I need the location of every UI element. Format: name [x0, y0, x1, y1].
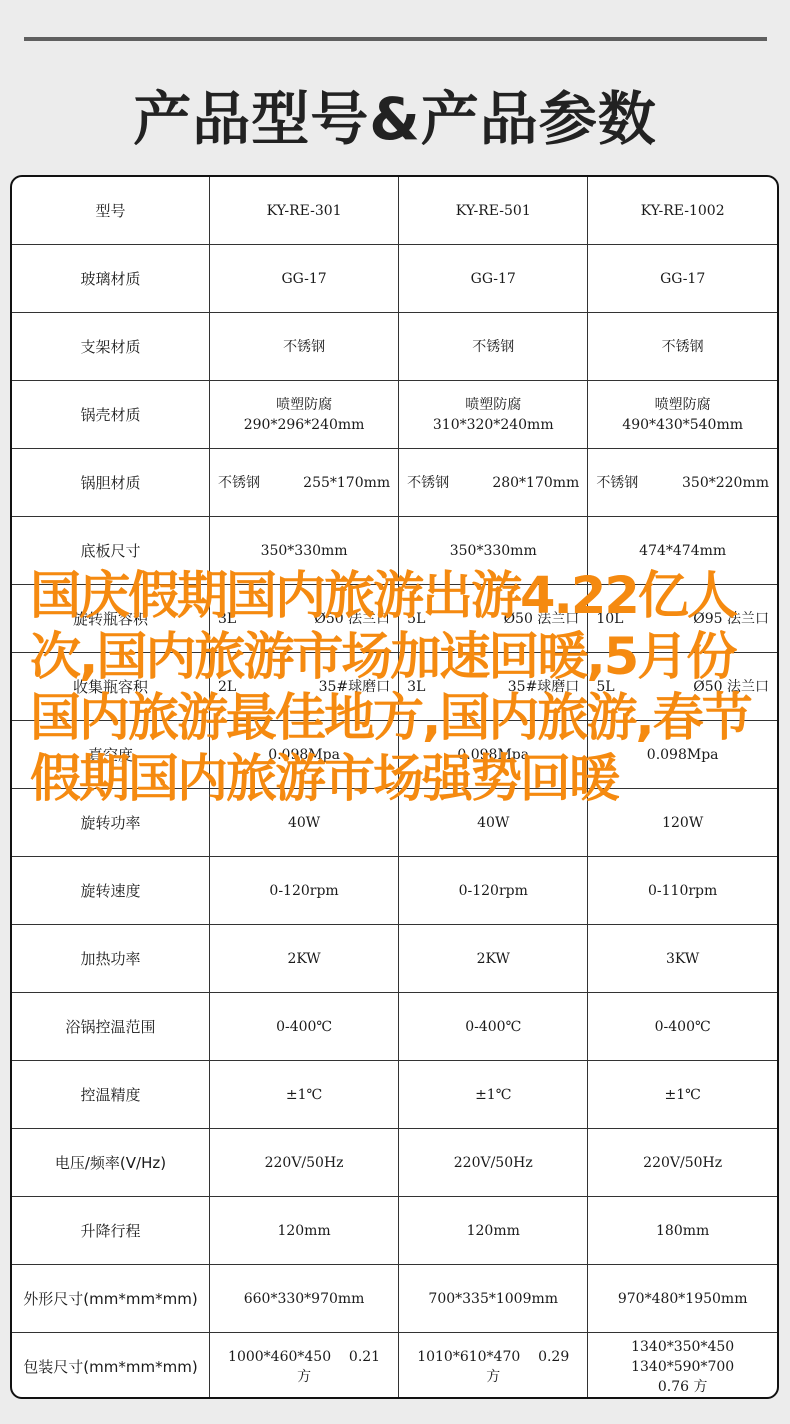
cell-line: 1010*610*470 0.29: [403, 1347, 583, 1367]
table-cell: 1010*610*470 0.29方: [399, 1333, 588, 1400]
table-cell: GG-17: [399, 245, 588, 313]
cell-part-left: 不锈钢: [596, 473, 638, 493]
table-cell: 0.098Mpa: [588, 721, 777, 789]
table-cell: 不锈钢: [588, 313, 777, 381]
cell-line: 1340*350*450: [592, 1337, 773, 1357]
table-row: 支架材质不锈钢不锈钢不锈钢: [12, 313, 777, 381]
row-label: 浴锅控温范围: [12, 993, 210, 1061]
table-row: 真空度0.098Mpa0.098Mpa0.098Mpa: [12, 721, 777, 789]
table-cell: 120mm: [210, 1197, 399, 1265]
table-row: 电压/频率(V/Hz)220V/50Hz220V/50Hz220V/50Hz: [12, 1129, 777, 1197]
page-title: 产品型号&产品参数: [0, 72, 790, 156]
table-row: 底板尺寸350*330mm350*330mm474*474mm: [12, 517, 777, 585]
table-cell: 660*330*970mm: [210, 1265, 399, 1333]
table-cell: 喷塑防腐490*430*540mm: [588, 381, 777, 449]
table-row: 旋转瓶容积3LØ50 法兰口5LØ50 法兰口10LØ95 法兰口: [12, 585, 777, 653]
cell-line: 490*430*540mm: [592, 415, 773, 435]
table-cell: ±1℃: [210, 1061, 399, 1129]
table-cell: 3LØ50 法兰口: [210, 585, 399, 653]
table-cell: 5LØ50 法兰口: [588, 653, 777, 721]
table-row: 旋转速度0-120rpm0-120rpm0-110rpm: [12, 857, 777, 925]
table-row: 收集瓶容积2L35#球磨口3L35#球磨口5LØ50 法兰口: [12, 653, 777, 721]
row-label: 包装尺寸(mm*mm*mm): [12, 1333, 210, 1400]
table-cell: GG-17: [210, 245, 399, 313]
cell-part-right: Ø95 法兰口: [693, 609, 769, 629]
split-cell: 3L35#球磨口: [403, 677, 583, 697]
cell-part-right: 255*170mm: [303, 473, 390, 493]
cell-part-left: 5L: [407, 609, 425, 629]
table-row: 旋转功率40W40W120W: [12, 789, 777, 857]
cell-part-right: 35#球磨口: [319, 677, 391, 697]
table-cell: KY-RE-501: [399, 177, 588, 245]
row-label: 锅胆材质: [12, 449, 210, 517]
split-cell: 5LØ50 法兰口: [592, 677, 773, 697]
table-cell: 0-120rpm: [210, 857, 399, 925]
row-label: 收集瓶容积: [12, 653, 210, 721]
table-cell: KY-RE-1002: [588, 177, 777, 245]
table-cell: 喷塑防腐310*320*240mm: [399, 381, 588, 449]
table-cell: 40W: [399, 789, 588, 857]
cell-part-left: 10L: [596, 609, 623, 629]
cell-part-left: 不锈钢: [218, 473, 260, 493]
spec-table-container: 型号KY-RE-301KY-RE-501KY-RE-1002玻璃材质GG-17G…: [10, 175, 779, 1399]
table-cell: 350*330mm: [399, 517, 588, 585]
cell-line: 310*320*240mm: [403, 415, 583, 435]
row-label: 旋转功率: [12, 789, 210, 857]
table-cell: GG-17: [588, 245, 777, 313]
table-row: 锅壳材质喷塑防腐290*296*240mm喷塑防腐310*320*240mm喷塑…: [12, 381, 777, 449]
table-cell: 0-110rpm: [588, 857, 777, 925]
table-cell: ±1℃: [399, 1061, 588, 1129]
cell-line: 喷塑防腐: [403, 395, 583, 415]
table-cell: 1000*460*450 0.21方: [210, 1333, 399, 1400]
cell-part-left: 3L: [218, 609, 236, 629]
table-cell: 3KW: [588, 925, 777, 993]
cell-line: 喷塑防腐: [592, 395, 773, 415]
row-label: 旋转瓶容积: [12, 585, 210, 653]
table-cell: 350*330mm: [210, 517, 399, 585]
split-cell: 3LØ50 法兰口: [214, 609, 394, 629]
cell-line: 1000*460*450 0.21: [214, 1347, 394, 1367]
table-cell: 喷塑防腐290*296*240mm: [210, 381, 399, 449]
table-cell: 3L35#球磨口: [399, 653, 588, 721]
split-cell: 不锈钢255*170mm: [214, 473, 394, 493]
row-label: 控温精度: [12, 1061, 210, 1129]
table-cell: 474*474mm: [588, 517, 777, 585]
table-cell: 不锈钢: [399, 313, 588, 381]
split-cell: 不锈钢280*170mm: [403, 473, 583, 493]
table-row: 加热功率2KW2KW3KW: [12, 925, 777, 993]
table-row: 型号KY-RE-301KY-RE-501KY-RE-1002: [12, 177, 777, 245]
table-cell: 0-120rpm: [399, 857, 588, 925]
cell-part-right: 280*170mm: [492, 473, 579, 493]
table-cell: 220V/50Hz: [210, 1129, 399, 1197]
cell-part-right: Ø50 法兰口: [314, 609, 390, 629]
table-cell: 不锈钢255*170mm: [210, 449, 399, 517]
cell-part-left: 不锈钢: [407, 473, 449, 493]
table-row: 外形尺寸(mm*mm*mm)660*330*970mm700*335*1009m…: [12, 1265, 777, 1333]
cell-part-right: 350*220mm: [682, 473, 769, 493]
table-row: 浴锅控温范围0-400℃0-400℃0-400℃: [12, 993, 777, 1061]
table-cell: 0-400℃: [210, 993, 399, 1061]
table-cell: 220V/50Hz: [399, 1129, 588, 1197]
table-row: 升降行程120mm120mm180mm: [12, 1197, 777, 1265]
table-row: 包装尺寸(mm*mm*mm)1000*460*450 0.21方1010*610…: [12, 1333, 777, 1400]
table-cell: ±1℃: [588, 1061, 777, 1129]
cell-part-left: 5L: [596, 677, 614, 697]
row-label: 锅壳材质: [12, 381, 210, 449]
row-label: 玻璃材质: [12, 245, 210, 313]
split-cell: 不锈钢350*220mm: [592, 473, 773, 493]
row-label: 电压/频率(V/Hz): [12, 1129, 210, 1197]
table-cell: 不锈钢350*220mm: [588, 449, 777, 517]
table-cell: 不锈钢280*170mm: [399, 449, 588, 517]
table-cell: 120mm: [399, 1197, 588, 1265]
cell-line: 方: [214, 1367, 394, 1387]
row-label: 升降行程: [12, 1197, 210, 1265]
top-divider: [24, 37, 767, 41]
row-label: 加热功率: [12, 925, 210, 993]
cell-part-right: Ø50 法兰口: [504, 609, 580, 629]
cell-part-left: 2L: [218, 677, 236, 697]
table-cell: 5LØ50 法兰口: [399, 585, 588, 653]
table-cell: 0-400℃: [399, 993, 588, 1061]
row-label: 真空度: [12, 721, 210, 789]
table-cell: 220V/50Hz: [588, 1129, 777, 1197]
table-cell: 10LØ95 法兰口: [588, 585, 777, 653]
table-row: 锅胆材质不锈钢255*170mm不锈钢280*170mm不锈钢350*220mm: [12, 449, 777, 517]
row-label: 支架材质: [12, 313, 210, 381]
table-cell: KY-RE-301: [210, 177, 399, 245]
split-cell: 10LØ95 法兰口: [592, 609, 773, 629]
table-cell: 970*480*1950mm: [588, 1265, 777, 1333]
table-row: 控温精度±1℃±1℃±1℃: [12, 1061, 777, 1129]
cell-part-right: 35#球磨口: [508, 677, 580, 697]
cell-line: 1340*590*700: [592, 1357, 773, 1377]
table-cell: 40W: [210, 789, 399, 857]
split-cell: 2L35#球磨口: [214, 677, 394, 697]
table-cell: 0.098Mpa: [399, 721, 588, 789]
spec-table: 型号KY-RE-301KY-RE-501KY-RE-1002玻璃材质GG-17G…: [12, 177, 777, 1399]
row-label: 外形尺寸(mm*mm*mm): [12, 1265, 210, 1333]
row-label: 旋转速度: [12, 857, 210, 925]
table-cell: 120W: [588, 789, 777, 857]
cell-line: 喷塑防腐: [214, 395, 394, 415]
table-cell: 0.098Mpa: [210, 721, 399, 789]
table-cell: 1340*350*4501340*590*7000.76 方: [588, 1333, 777, 1400]
table-cell: 0-400℃: [588, 993, 777, 1061]
split-cell: 5LØ50 法兰口: [403, 609, 583, 629]
table-cell: 2KW: [210, 925, 399, 993]
table-cell: 180mm: [588, 1197, 777, 1265]
cell-line: 290*296*240mm: [214, 415, 394, 435]
table-cell: 不锈钢: [210, 313, 399, 381]
row-label: 底板尺寸: [12, 517, 210, 585]
row-label: 型号: [12, 177, 210, 245]
cell-part-left: 3L: [407, 677, 425, 697]
table-cell: 700*335*1009mm: [399, 1265, 588, 1333]
table-cell: 2L35#球磨口: [210, 653, 399, 721]
cell-line: 方: [403, 1367, 583, 1387]
cell-line: 0.76 方: [592, 1377, 773, 1397]
cell-part-right: Ø50 法兰口: [693, 677, 769, 697]
table-row: 玻璃材质GG-17GG-17GG-17: [12, 245, 777, 313]
table-cell: 2KW: [399, 925, 588, 993]
